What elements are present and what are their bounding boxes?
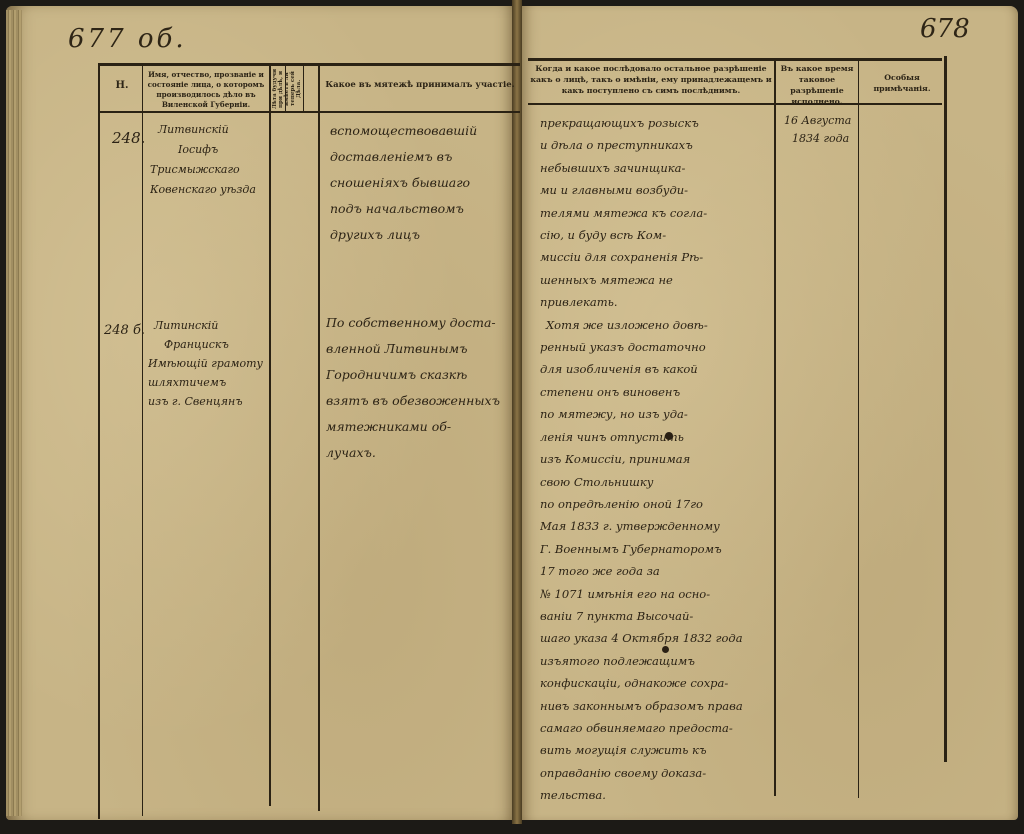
header-bottom-rule-right (528, 103, 942, 105)
column-rule-number (142, 66, 143, 816)
entry-2-name: Литинскій Францискъ Имѣющій грамоту шлях… (148, 316, 268, 411)
entry-2-number: 248 б. (104, 318, 145, 344)
column-rule-outer-right (944, 56, 947, 762)
column-rule-participation (318, 66, 320, 811)
executed-date: 16 Августа 1834 года (784, 112, 858, 148)
column-rule-outer-left (98, 63, 100, 819)
header-number: Н. (104, 80, 140, 91)
header-participation: Какое въ мятежѣ принималъ участіе. (322, 80, 518, 91)
entry-1-participation: вспомоществовавшій доставленіемъ въ снош… (330, 118, 520, 248)
entry-1-name: Литвинскій Іосифъ Трисмыжскаго Ковенскаг… (150, 120, 265, 200)
ink-blot (662, 646, 669, 653)
resolution-text: прекращающихъ розыскъ и дѣла о преступни… (540, 112, 774, 807)
column-rule-name (269, 66, 271, 806)
entry-1-number: 248. (112, 125, 145, 151)
header-top-rule-right (528, 58, 942, 61)
header-vertical: Лѣта будучи при дѣлѣ, и имѣетъ ли теперь… (272, 68, 318, 110)
entry-2-participation: По собственному доста- вленной Литвинымъ… (326, 310, 518, 466)
folio-number-left: 677 об. (68, 24, 187, 54)
header-top-rule-left (100, 63, 520, 66)
ink-blot (665, 432, 673, 440)
folio-number-right: 678 (920, 14, 970, 44)
column-rule-executed (858, 60, 859, 798)
header-bottom-rule-left (100, 111, 520, 113)
page-edges (6, 10, 22, 816)
header-executed: Въ какое время таковое разрѣшеніе исполн… (777, 63, 857, 107)
header-remarks: Особыя примѣчанія. (861, 72, 943, 94)
header-resolution: Когда и какое послѣдовало остальное разр… (530, 63, 772, 96)
column-rule-resolution (774, 60, 776, 796)
header-name: Имя, отчество, прозваніе и состояніе лиц… (145, 70, 267, 110)
